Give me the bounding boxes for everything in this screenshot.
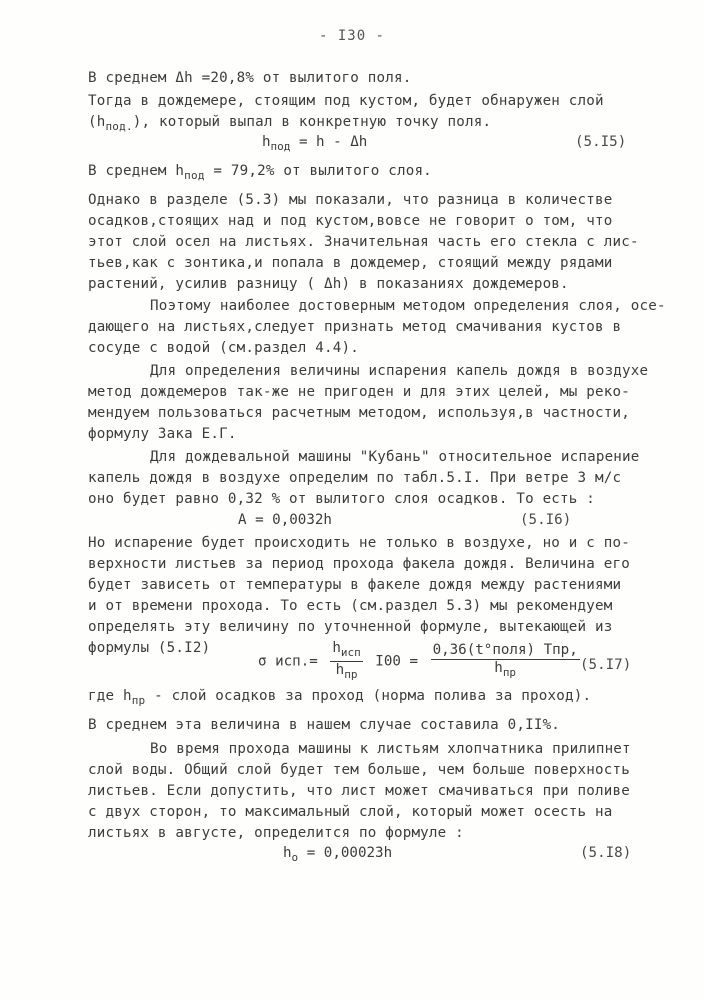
text-line: этот слой осел на листьях. Значительная … (88, 234, 639, 250)
text-line: верхности листьев за период прохода факе… (88, 556, 630, 572)
text-line: листьях в августе, определится по формул… (88, 825, 464, 841)
text-line: листьев. Если допустить, что лист может … (88, 783, 630, 799)
equation-5-18: hо = 0,00023h (283, 845, 392, 864)
equation-number: (5.I8) (580, 845, 631, 861)
equation-number: (5.I7) (580, 657, 631, 673)
text-line: Однако в разделе (5.3) мы показали, что … (88, 192, 613, 208)
equation-number: (5.I6) (520, 512, 571, 528)
text-line: мендуем пользоваться расчетным методом, … (88, 405, 630, 421)
document-page: - I30 - В среднем Δh =20,8% от вылитого … (0, 0, 704, 1000)
equation-5-17: σ исп.= hиспhпр I00 = 0,36(t°поля) Тпр,h… (258, 640, 584, 683)
text-line: В среднем эта величина в нашем случае со… (88, 717, 560, 733)
text-line: Но испарение будет происходить не только… (88, 535, 630, 551)
page-number: - I30 - (0, 28, 704, 44)
text-line: (hпод.), который выпал в конкретную точк… (88, 114, 491, 133)
text-line: В среднем hпод = 79,2% от вылитого слоя. (88, 163, 432, 182)
text-line: будет зависеть от температуры в факеле д… (88, 577, 621, 593)
equation-5-15: hпод = h - Δh (262, 134, 367, 153)
text-line: определять эту величину по уточненной фо… (88, 619, 613, 635)
text-line: В среднем Δh =20,8% от вылитого поля. (88, 70, 411, 86)
text-line: слой воды. Общий слой будет тем больше, … (88, 762, 630, 778)
text-line: Тогда в дождемере, стоящим под кустом, б… (88, 93, 604, 109)
text-line: Во время прохода машины к листьям хлопча… (150, 741, 631, 757)
text-line: осадков,стоящих над и под кустом,вовсе н… (88, 213, 613, 229)
text-line: растений, усилив разницу ( Δh) в показан… (88, 276, 569, 292)
equation-number: (5.I5) (575, 134, 626, 150)
text-line: сосуде с водой (см.раздел 4.4). (88, 340, 359, 356)
text-line: оно будет равно 0,32 % от вылитого слоя … (88, 491, 595, 507)
text-line: тьев,как с зонтика,и попала в дождемер, … (88, 255, 613, 271)
text-line: Поэтому наиболее достоверным методом опр… (150, 298, 666, 314)
text-line: где hпр - слой осадков за проход (норма … (88, 688, 591, 707)
text-line: капель дождя в воздухе определим по табл… (88, 470, 621, 486)
text-line: метод дождемеров так-же не пригоден и дл… (88, 384, 630, 400)
text-line: формулы (5.I2) (88, 640, 210, 656)
text-line: и от времени прохода. То есть (см.раздел… (88, 598, 613, 614)
text-line: Для дождевальной машины "Кубань" относит… (150, 449, 640, 465)
text-line: формулу Зака Е.Г. (88, 426, 237, 442)
text-line: Для определения величины испарения капел… (150, 363, 648, 379)
text-line: с двух сторон, то максимальный слой, кот… (88, 804, 613, 820)
text-line: дающего на листьях,следует признать мето… (88, 319, 621, 335)
equation-5-16: A = 0,0032h (238, 512, 332, 528)
